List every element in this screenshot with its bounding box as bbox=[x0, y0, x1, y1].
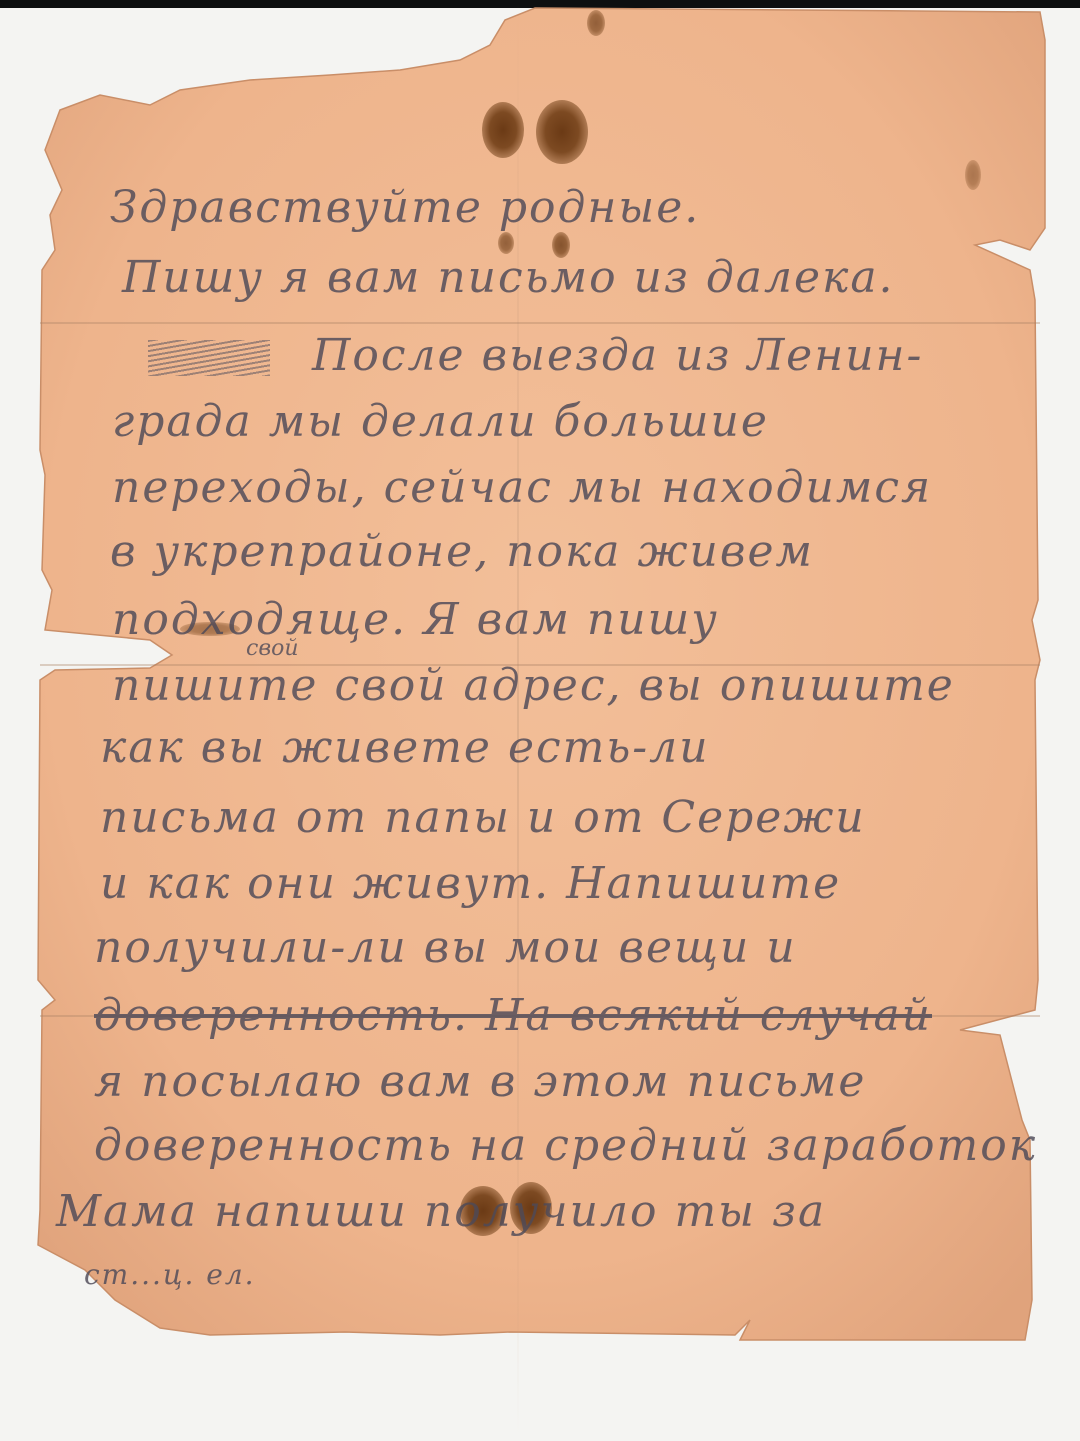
letter-line-crossed-out: доверенность. На всякий случай bbox=[94, 990, 932, 1041]
stain-mark bbox=[498, 232, 514, 254]
stain-mark bbox=[587, 10, 605, 36]
letter-line: в укрепрайоне, пока живем bbox=[110, 526, 814, 577]
horizontal-fold-crease bbox=[40, 322, 1040, 324]
stain-mark bbox=[536, 100, 588, 164]
letter-line: Здравствуйте родные. bbox=[110, 182, 700, 233]
letter-line: письма от папы и от Сережи bbox=[100, 792, 866, 843]
letter-page: Здравствуйте родные. Пишу я вам письмо и… bbox=[0, 0, 1080, 1441]
signature: ст...ц. ел. bbox=[84, 1258, 256, 1291]
letter-line: Пишу я вам письмо из далека. bbox=[122, 252, 895, 303]
letter-line: получили-ли вы мои вещи и bbox=[94, 922, 797, 973]
inserted-word: свой bbox=[246, 636, 299, 661]
letter-line: как вы живете есть-ли bbox=[100, 722, 710, 773]
letter-line: Мама напиши получило ты за bbox=[56, 1186, 826, 1237]
letter-line: После выезда из Ленин- bbox=[312, 330, 923, 381]
letter-line: я посылаю вам в этом письме bbox=[94, 1056, 866, 1107]
scribbled-out-word bbox=[148, 340, 270, 376]
letter-line: переходы, сейчас мы находимся bbox=[112, 462, 932, 513]
letter-line: доверенность на средний заработок bbox=[94, 1120, 1037, 1171]
letter-line: пишите свой адрес, вы опишите bbox=[112, 660, 955, 711]
letter-line: и как они живут. Напишите bbox=[100, 858, 841, 909]
letter-line: града мы делали большие bbox=[112, 396, 769, 447]
stain-mark bbox=[482, 102, 524, 158]
letter-line: подходяще. Я вам пишу bbox=[112, 594, 719, 645]
stain-mark bbox=[965, 160, 981, 190]
